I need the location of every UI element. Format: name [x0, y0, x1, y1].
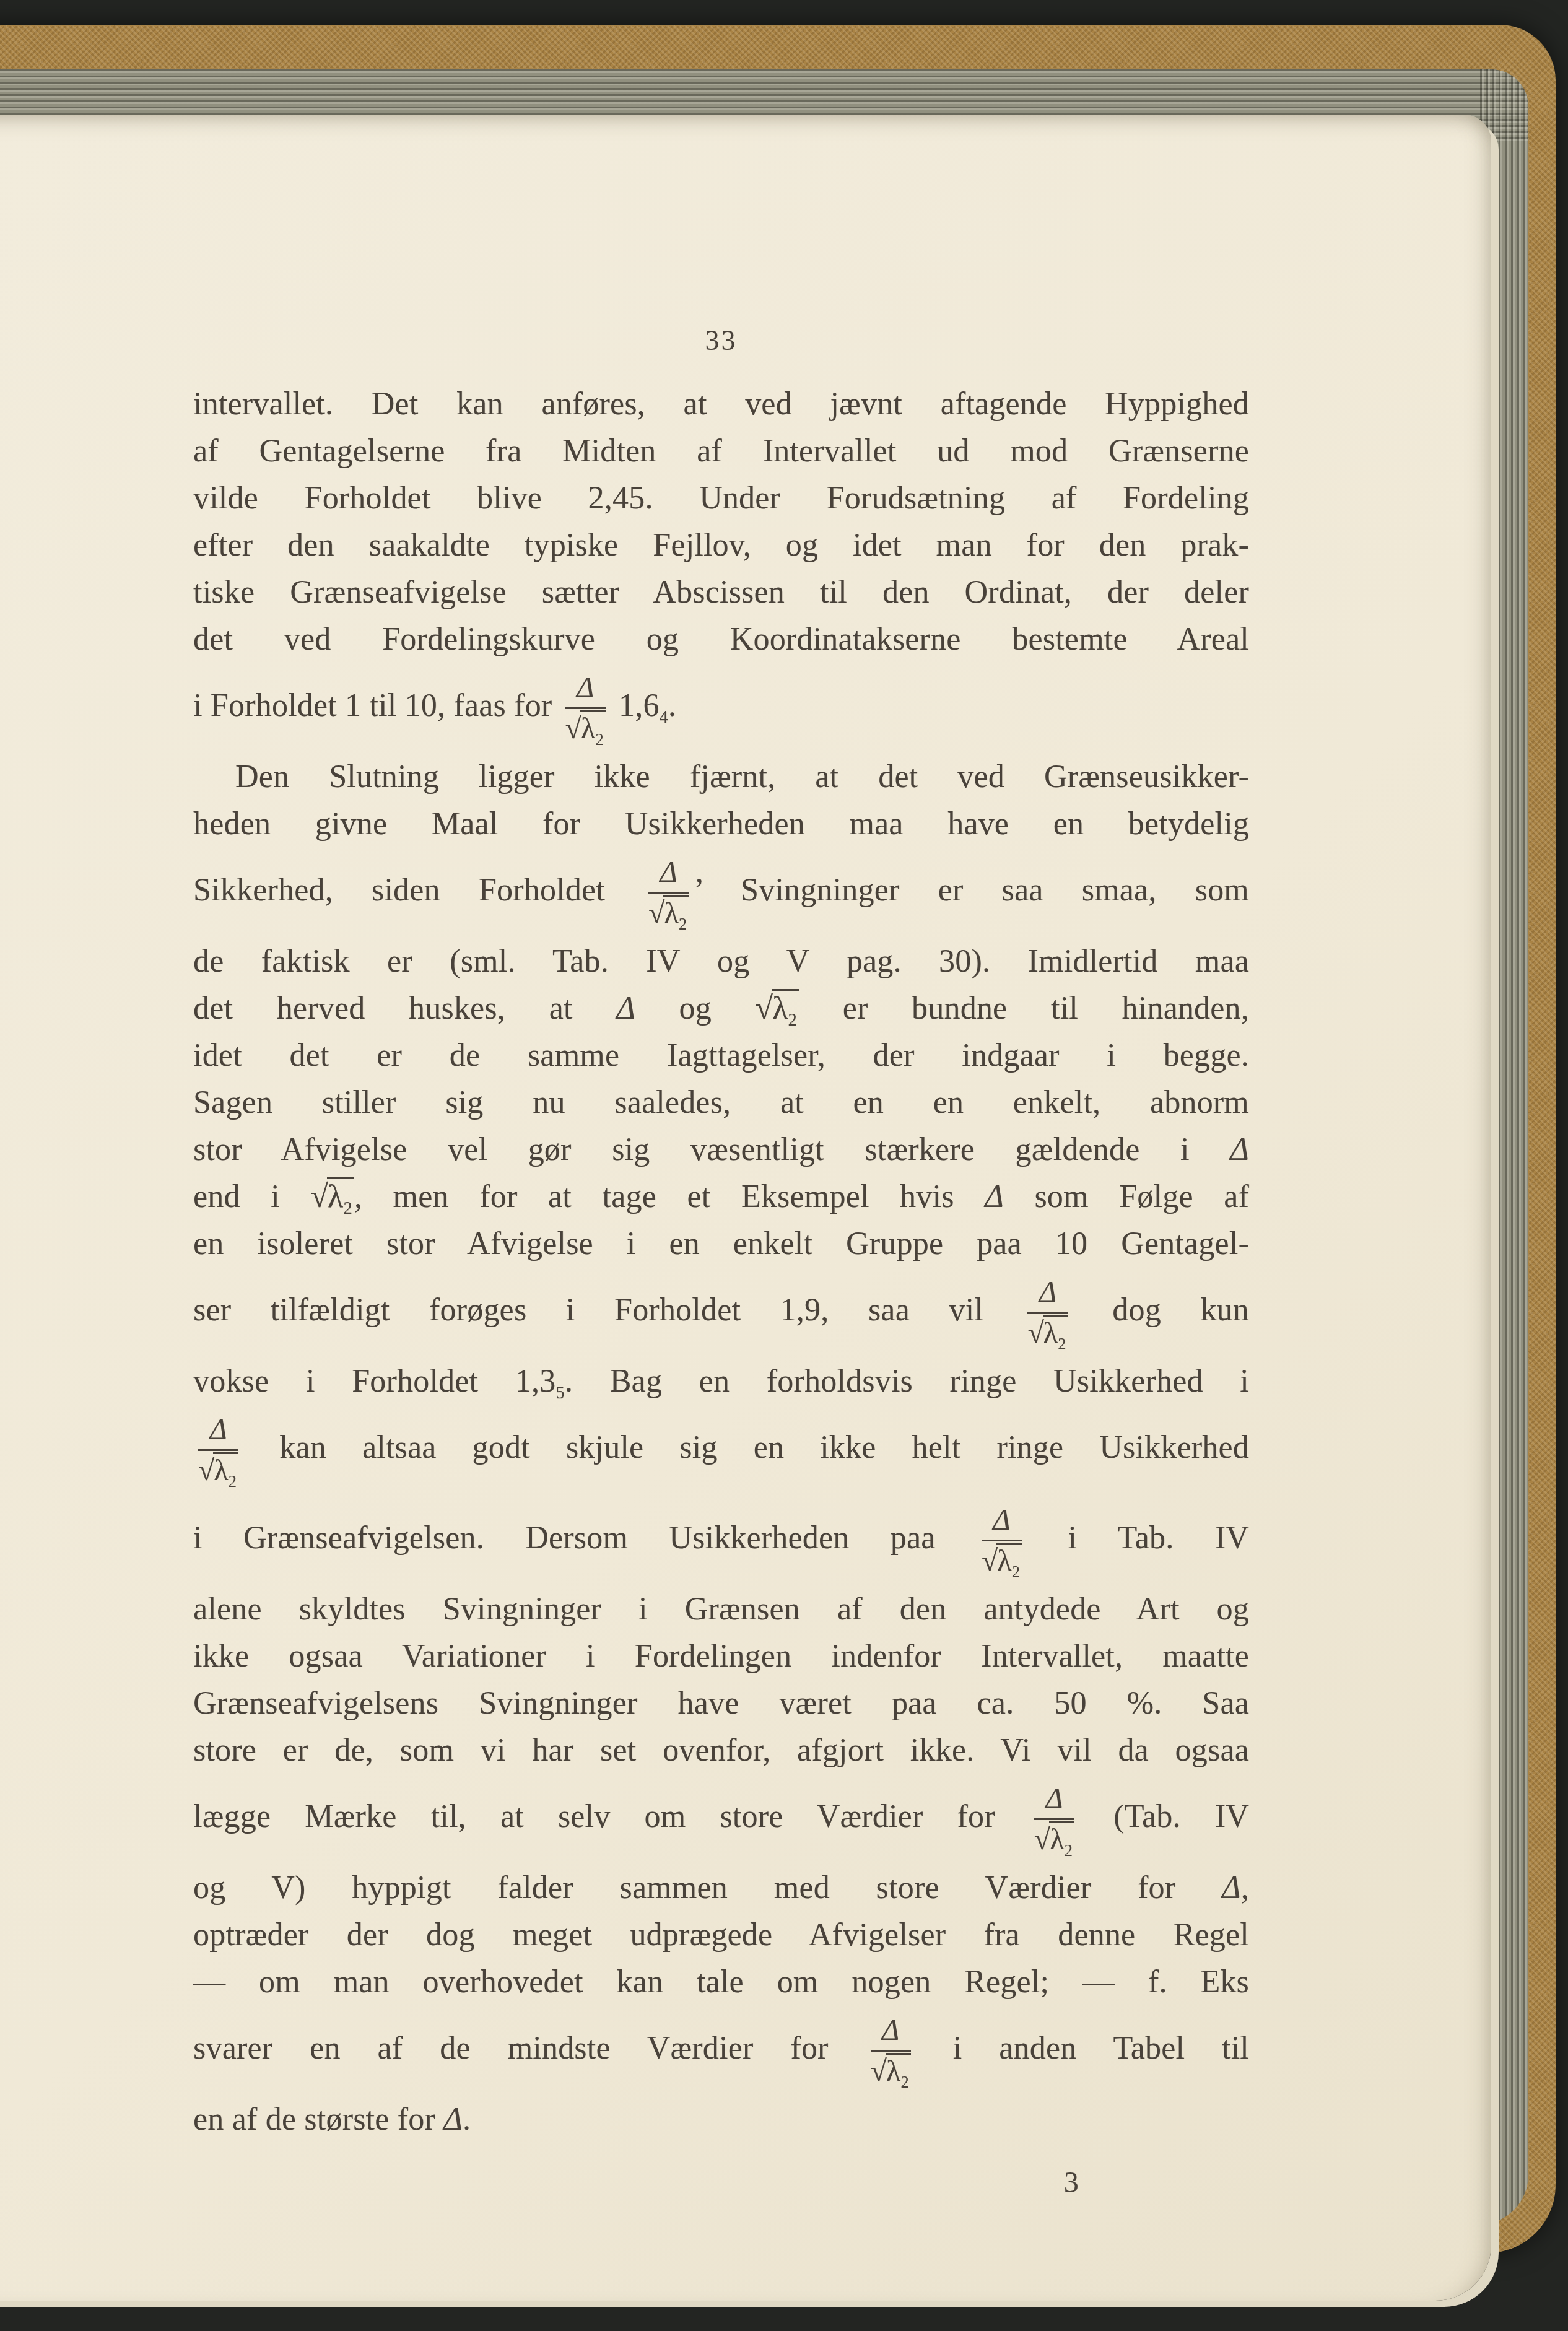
radicand-subscript: 2 — [1058, 1335, 1066, 1353]
radicand: λ2 — [772, 989, 799, 1026]
fraction-numerator: Δ — [207, 1415, 229, 1449]
text-run: dog kun — [1073, 1292, 1249, 1328]
text-run: efter den saakaldte typiske Fejllov, og … — [193, 528, 1249, 563]
text-run: svarer en af de mindste Værdier for — [193, 2031, 866, 2066]
fraction-numerator: Δ — [990, 1505, 1013, 1540]
book-page: 33 intervallet. Det kan anføres, at ved … — [0, 115, 1491, 2301]
text-run: Den Slutning ligger ikke fjærnt, at det … — [235, 759, 1249, 795]
sqrt-lambda2-expression: √λ2 — [198, 1454, 238, 1487]
text-run: Sikkerhed, siden Forholdet — [193, 873, 643, 908]
signature-mark: 3 — [193, 2159, 1249, 2207]
fraction-denominator: √λ2 — [871, 2050, 911, 2086]
text-run: ser tilfældigt forøges i Forholdet 1,9, … — [193, 1292, 1022, 1328]
formula-fraction: Δ√λ2 — [871, 2016, 911, 2086]
text-block: 33 intervallet. Det kan anføres, at ved … — [193, 319, 1249, 2207]
radicand: λ2 — [886, 2053, 911, 2088]
text-run: Grænseafvigelsens Svingninger have været… — [193, 1686, 1249, 1721]
fraction-numerator: Δ — [879, 2016, 902, 2050]
text-line: lægge Mærke til, at selv om store Værdie… — [193, 1774, 1249, 1865]
sqrt-icon: √ — [198, 1454, 214, 1487]
text-line: — om man overhovedet kan tale om nogen R… — [193, 1959, 1249, 2006]
text-line: en isoleret stor Afvigelse i en enkelt G… — [193, 1221, 1249, 1268]
formula-fraction: Δ√λ2 — [648, 858, 689, 928]
text-line: ser tilfældigt forøges i Forholdet 1,9, … — [193, 1268, 1249, 1358]
sqrt-lambda2-expression: √λ2 — [1034, 1823, 1074, 1856]
radicand-subscript: 2 — [900, 2073, 908, 2091]
text-run: det herved huskes, at — [193, 991, 616, 1026]
text-run: og — [635, 991, 756, 1026]
text-run: en af de største for — [193, 2102, 443, 2137]
text-run: — om man overhovedet kan tale om nogen R… — [193, 1964, 1249, 2000]
radicand: λ2 — [213, 1452, 238, 1487]
fraction-numerator: Δ — [1043, 1784, 1065, 1818]
sqrt-lambda2-expression: √λ2 — [756, 991, 799, 1026]
text-run: tiske Grænseafvigelse sætter Abscissen t… — [193, 575, 1249, 610]
text-line: de faktisk er (sml. Tab. IV og V pag. 30… — [193, 938, 1249, 985]
text-line: efter den saakaldte typiske Fejllov, og … — [193, 522, 1249, 569]
radicand: λ2 — [1049, 1821, 1074, 1856]
delta-symbol: Δ — [1222, 1870, 1241, 1906]
sqrt-lambda2-expression: √λ2 — [648, 897, 689, 930]
text-run: stor Afvigelse vel gør sig væsentligt st… — [193, 1132, 1230, 1167]
text-run: . — [463, 2102, 471, 2137]
sqrt-icon: √ — [310, 1179, 328, 1214]
sqrt-icon: √ — [871, 2055, 887, 2088]
text-run: end i — [193, 1179, 310, 1214]
text-line: end i √λ2, men for at tage et Eksempel h… — [193, 1174, 1249, 1221]
sqrt-icon: √ — [982, 1545, 998, 1577]
fraction-denominator: √λ2 — [198, 1449, 238, 1486]
text-line: i Grænseafvigelsen. Dersom Usikkerheden … — [193, 1496, 1249, 1586]
fraction-denominator: √λ2 — [1034, 1818, 1074, 1855]
formula-fraction: Δ√λ2 — [198, 1415, 238, 1486]
text-run: optræder der dog meget udprægede Afvigel… — [193, 1917, 1249, 1953]
text-run: ’ Svingninger er saa smaa, som — [694, 873, 1249, 908]
text-line: svarer en af de mindste Værdier for Δ√λ2… — [193, 2006, 1249, 2096]
text-run: er bundne til hinanden, — [799, 991, 1249, 1026]
text-line: alene skyldtes Svingninger i Grænsen af … — [193, 1586, 1249, 1633]
fraction-numerator: Δ — [1037, 1278, 1059, 1312]
radicand: λ2 — [580, 710, 606, 745]
text-line: idet det er de samme Iagttagelser, der i… — [193, 1032, 1249, 1079]
text-line: det herved huskes, at Δ og √λ2 er bundne… — [193, 985, 1249, 1032]
fraction-denominator: √λ2 — [1027, 1312, 1068, 1348]
text-line: Den Slutning ligger ikke fjærnt, at det … — [193, 754, 1249, 801]
radicand: λ2 — [996, 1543, 1022, 1577]
delta-symbol: Δ — [1230, 1132, 1249, 1167]
delta-symbol: Δ — [443, 2102, 463, 2137]
text-run: . Bag en forholdsvis ringe Usikkerhed i — [565, 1364, 1249, 1399]
text-line: Sikkerhed, siden Forholdet Δ√λ2’ Svingni… — [193, 848, 1249, 938]
sqrt-lambda2-expression: √λ2 — [1027, 1317, 1068, 1349]
sqrt-icon: √ — [1034, 1823, 1050, 1856]
text-run: store er de, som vi har set ovenfor, afg… — [193, 1733, 1249, 1768]
text-run: i Tab. IV — [1027, 1520, 1249, 1556]
text-run: . — [668, 688, 676, 723]
text-run: en isoleret stor Afvigelse i en enkelt G… — [193, 1226, 1249, 1261]
text-line: Grænseafvigelsens Svingninger have været… — [193, 1680, 1249, 1727]
text-run: alene skyldtes Svingninger i Grænsen af … — [193, 1592, 1249, 1627]
radicand: λ2 — [1043, 1315, 1068, 1349]
text-run: af Gentagelserne fra Midten af Intervall… — [193, 434, 1249, 469]
radicand-subscript: 2 — [1065, 1841, 1073, 1860]
text-run: (Tab. IV — [1079, 1799, 1249, 1834]
sqrt-icon: √ — [565, 712, 581, 745]
text-run: i anden Tabel til — [916, 2031, 1249, 2066]
radicand-subscript: 2 — [595, 730, 603, 749]
radicand-subscript: 2 — [788, 1011, 798, 1030]
text-run: og V) hyppigt falder sammen med store Væ… — [193, 1870, 1222, 1906]
fraction-denominator: √λ2 — [982, 1540, 1022, 1576]
text-run: kan altsaa godt skjule sig en ikke helt … — [243, 1430, 1249, 1465]
sqrt-lambda2-expression: √λ2 — [982, 1545, 1022, 1577]
radicand: λ2 — [327, 1177, 354, 1214]
radicand: λ2 — [663, 895, 689, 930]
text-line: Sagen stiller sig nu saaledes, at en en … — [193, 1079, 1249, 1126]
subscript-digit: 5 — [555, 1383, 565, 1403]
radicand-subscript: 2 — [1012, 1562, 1020, 1581]
radicand-subscript: 2 — [343, 1199, 352, 1218]
text-line: en af de største for Δ. — [193, 2096, 1249, 2143]
subscript-digit: 4 — [660, 708, 669, 727]
page-number: 33 — [193, 319, 1249, 362]
radicand-subscript: 2 — [679, 915, 687, 933]
text-run: ikke ogsaa Variationer i Fordelingen ind… — [193, 1639, 1249, 1674]
text-line: store er de, som vi har set ovenfor, afg… — [193, 1727, 1249, 1774]
text-line: optræder der dog meget udprægede Afvigel… — [193, 1912, 1249, 1959]
text-line: af Gentagelserne fra Midten af Intervall… — [193, 428, 1249, 475]
radicand-subscript: 2 — [229, 1472, 237, 1491]
body-text: intervallet. Det kan anføres, at ved jæv… — [193, 381, 1249, 2143]
delta-symbol: Δ — [985, 1179, 1004, 1214]
text-run: de faktisk er (sml. Tab. IV og V pag. 30… — [193, 944, 1249, 979]
formula-fraction: Δ√λ2 — [982, 1505, 1022, 1576]
text-line: stor Afvigelse vel gør sig væsentligt st… — [193, 1126, 1249, 1174]
text-run: intervallet. Det kan anføres, at ved jæv… — [193, 386, 1249, 422]
text-line: vokse i Forholdet 1,35. Bag en forholdsv… — [193, 1358, 1249, 1405]
sqrt-icon: √ — [648, 897, 664, 930]
text-run: vokse i Forholdet 1,3 — [193, 1364, 555, 1399]
text-run: lægge Mærke til, at selv om store Værdie… — [193, 1799, 1029, 1834]
text-run: 1,6 — [611, 688, 660, 723]
text-run: i Forholdet 1 til 10, faas for — [193, 688, 560, 723]
text-run: i Grænseafvigelsen. Dersom Usikkerheden … — [193, 1520, 977, 1556]
text-run: , men for at tage et Eksempel hvis — [354, 1179, 985, 1214]
sqrt-icon: √ — [1027, 1317, 1043, 1349]
text-line: tiske Grænseafvigelse sætter Abscissen t… — [193, 569, 1249, 616]
text-line: i Forholdet 1 til 10, faas for Δ√λ2 1,64… — [193, 663, 1249, 754]
sqrt-lambda2-expression: √λ2 — [565, 712, 606, 745]
text-run: , — [1241, 1870, 1249, 1906]
formula-fraction: Δ√λ2 — [565, 673, 606, 744]
sqrt-lambda2-expression: √λ2 — [310, 1179, 354, 1214]
text-line: det ved Fordelingskurve og Koordinatakse… — [193, 616, 1249, 663]
text-run: som Følge af — [1004, 1179, 1249, 1214]
delta-symbol: Δ — [616, 991, 635, 1026]
fraction-numerator: Δ — [574, 673, 596, 707]
text-line: ikke ogsaa Variationer i Fordelingen ind… — [193, 1633, 1249, 1680]
fraction-denominator: √λ2 — [648, 892, 689, 928]
text-run: vilde Forholdet blive 2,45. Under Foruds… — [193, 481, 1249, 516]
text-run: det ved Fordelingskurve og Koordinatakse… — [193, 622, 1249, 657]
text-run: idet det er de samme Iagttagelser, der i… — [193, 1038, 1249, 1073]
text-line: heden givne Maal for Usikkerheden maa ha… — [193, 801, 1249, 848]
sqrt-icon: √ — [756, 991, 773, 1026]
text-run: Sagen stiller sig nu saaledes, at en en … — [193, 1085, 1249, 1120]
formula-fraction: Δ√λ2 — [1034, 1784, 1074, 1855]
text-line: intervallet. Det kan anføres, at ved jæv… — [193, 381, 1249, 428]
text-line: og V) hyppigt falder sammen med store Væ… — [193, 1865, 1249, 1912]
text-line: vilde Forholdet blive 2,45. Under Foruds… — [193, 475, 1249, 522]
fraction-numerator: Δ — [657, 858, 679, 892]
text-run: heden givne Maal for Usikkerheden maa ha… — [193, 806, 1249, 842]
fraction-denominator: √λ2 — [565, 707, 606, 744]
sqrt-lambda2-expression: √λ2 — [871, 2055, 911, 2088]
formula-fraction: Δ√λ2 — [1027, 1278, 1068, 1348]
text-line: Δ√λ2 kan altsaa godt skjule sig en ikke … — [193, 1405, 1249, 1496]
